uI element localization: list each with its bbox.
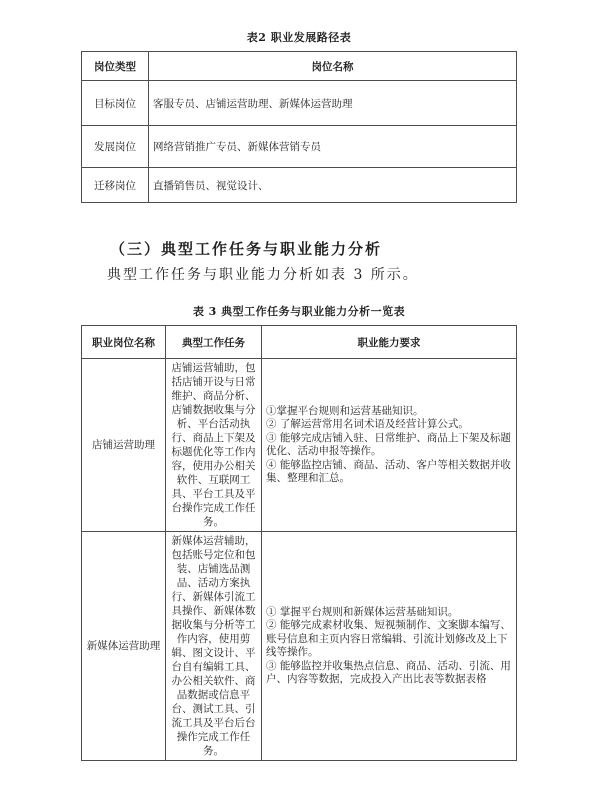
career-path-table: 岗位类型 岗位名称 目标岗位 客服专员、店铺运营助理、新媒体运营助理 发展岗位 … [81,51,517,203]
position-names-cell: 客服专员、店铺运营助理、新媒体运营助理 [149,81,517,126]
section-heading: （三）典型工作任务与职业能力分析 [81,240,517,258]
table3-title: 表 3 典型工作任务与职业能力分析一览表 [81,305,517,319]
table-row-transfer-positions: 迁移岗位 直播销售员、视觉设计、 [82,168,517,203]
table-row-new-media-operation-assistant: 新媒体运营助理 新媒体运营辅助，包括账号定位和包装、店铺选品测品、活动方案执行、… [82,532,517,761]
table3-header-row: 职业岗位名称 典型工作任务 职业能力要求 [82,326,517,359]
requirement-item: ①掌握平台规则和运营基础知识。 [266,405,512,419]
requirement-item: ④ 能够监控店铺、商品、活动、客户等相关数据并收集、整理和汇总。 [266,459,512,486]
table3-header-task: 典型工作任务 [166,326,262,359]
requirement-item: ② 了解运营常用名词术语及经营计算公式。 [266,418,512,432]
section-paragraph: 典型工作任务与职业能力分析如表 3 所示。 [81,267,517,284]
requirements-cell: ①掌握平台规则和运营基础知识。 ② 了解运营常用名词术语及经营计算公式。 ③ 能… [262,359,517,532]
table2-header-row: 岗位类型 岗位名称 [82,52,517,81]
table-row-shop-operation-assistant: 店铺运营助理 店铺运营辅助，包括店铺开设与日常维护、商品分析、店铺数据收集与分析… [82,359,517,532]
requirements-cell: ① 掌握平台规则和新媒体运营基础知识。 ② 能够完成素材收集、短视频制作、文案脚… [262,532,517,761]
table2-header-position-type: 岗位类型 [82,52,149,81]
table-row-development-positions: 发展岗位 网络营销推广专员、新媒体营销专员 [82,126,517,168]
position-names-cell: 直播销售员、视觉设计、 [149,168,517,203]
requirement-item: ② 能够完成素材收集、短视频制作、文案脚本编写、账号信息和主页内容日常编辑、引流… [266,619,512,660]
table3-header-requirements: 职业能力要求 [262,326,517,359]
task-ability-table: 职业岗位名称 典型工作任务 职业能力要求 店铺运营助理 店铺运营辅助，包括店铺开… [81,325,517,761]
table2-title: 表2 职业发展路径表 [81,31,517,45]
typical-task-cell: 店铺运营辅助，包括店铺开设与日常维护、商品分析、店铺数据收集与分析、平台活动执行… [166,359,262,532]
requirement-item: ① 掌握平台规则和新媒体运营基础知识。 [266,606,512,620]
requirement-item: ③ 能够监控并收集热点信息、商品、活动、引流、用户、内容等数据，完成投入产出比表… [266,660,512,687]
requirement-item: ③ 能够完成店铺入驻、日常维护、商品上下架及标题优化、活动申报等操作。 [266,432,512,459]
position-type-cell: 发展岗位 [82,126,149,168]
position-names-cell: 网络营销推广专员、新媒体营销专员 [149,126,517,168]
document-content: 表2 职业发展路径表 岗位类型 岗位名称 目标岗位 客服专员、店铺运营助理、新媒… [81,31,517,761]
position-name-cell: 新媒体运营助理 [82,532,166,761]
table-row-target-positions: 目标岗位 客服专员、店铺运营助理、新媒体运营助理 [82,81,517,126]
table2-header-position-name: 岗位名称 [149,52,517,81]
position-name-cell: 店铺运营助理 [82,359,166,532]
position-type-cell: 迁移岗位 [82,168,149,203]
table3-header-position: 职业岗位名称 [82,326,166,359]
position-type-cell: 目标岗位 [82,81,149,126]
document-page: 表2 职业发展路径表 岗位类型 岗位名称 目标岗位 客服专员、店铺运营助理、新媒… [0,0,600,800]
typical-task-cell: 新媒体运营辅助，包括账号定位和包装、店铺选品测品、活动方案执行、新媒体引流工具操… [166,532,262,761]
